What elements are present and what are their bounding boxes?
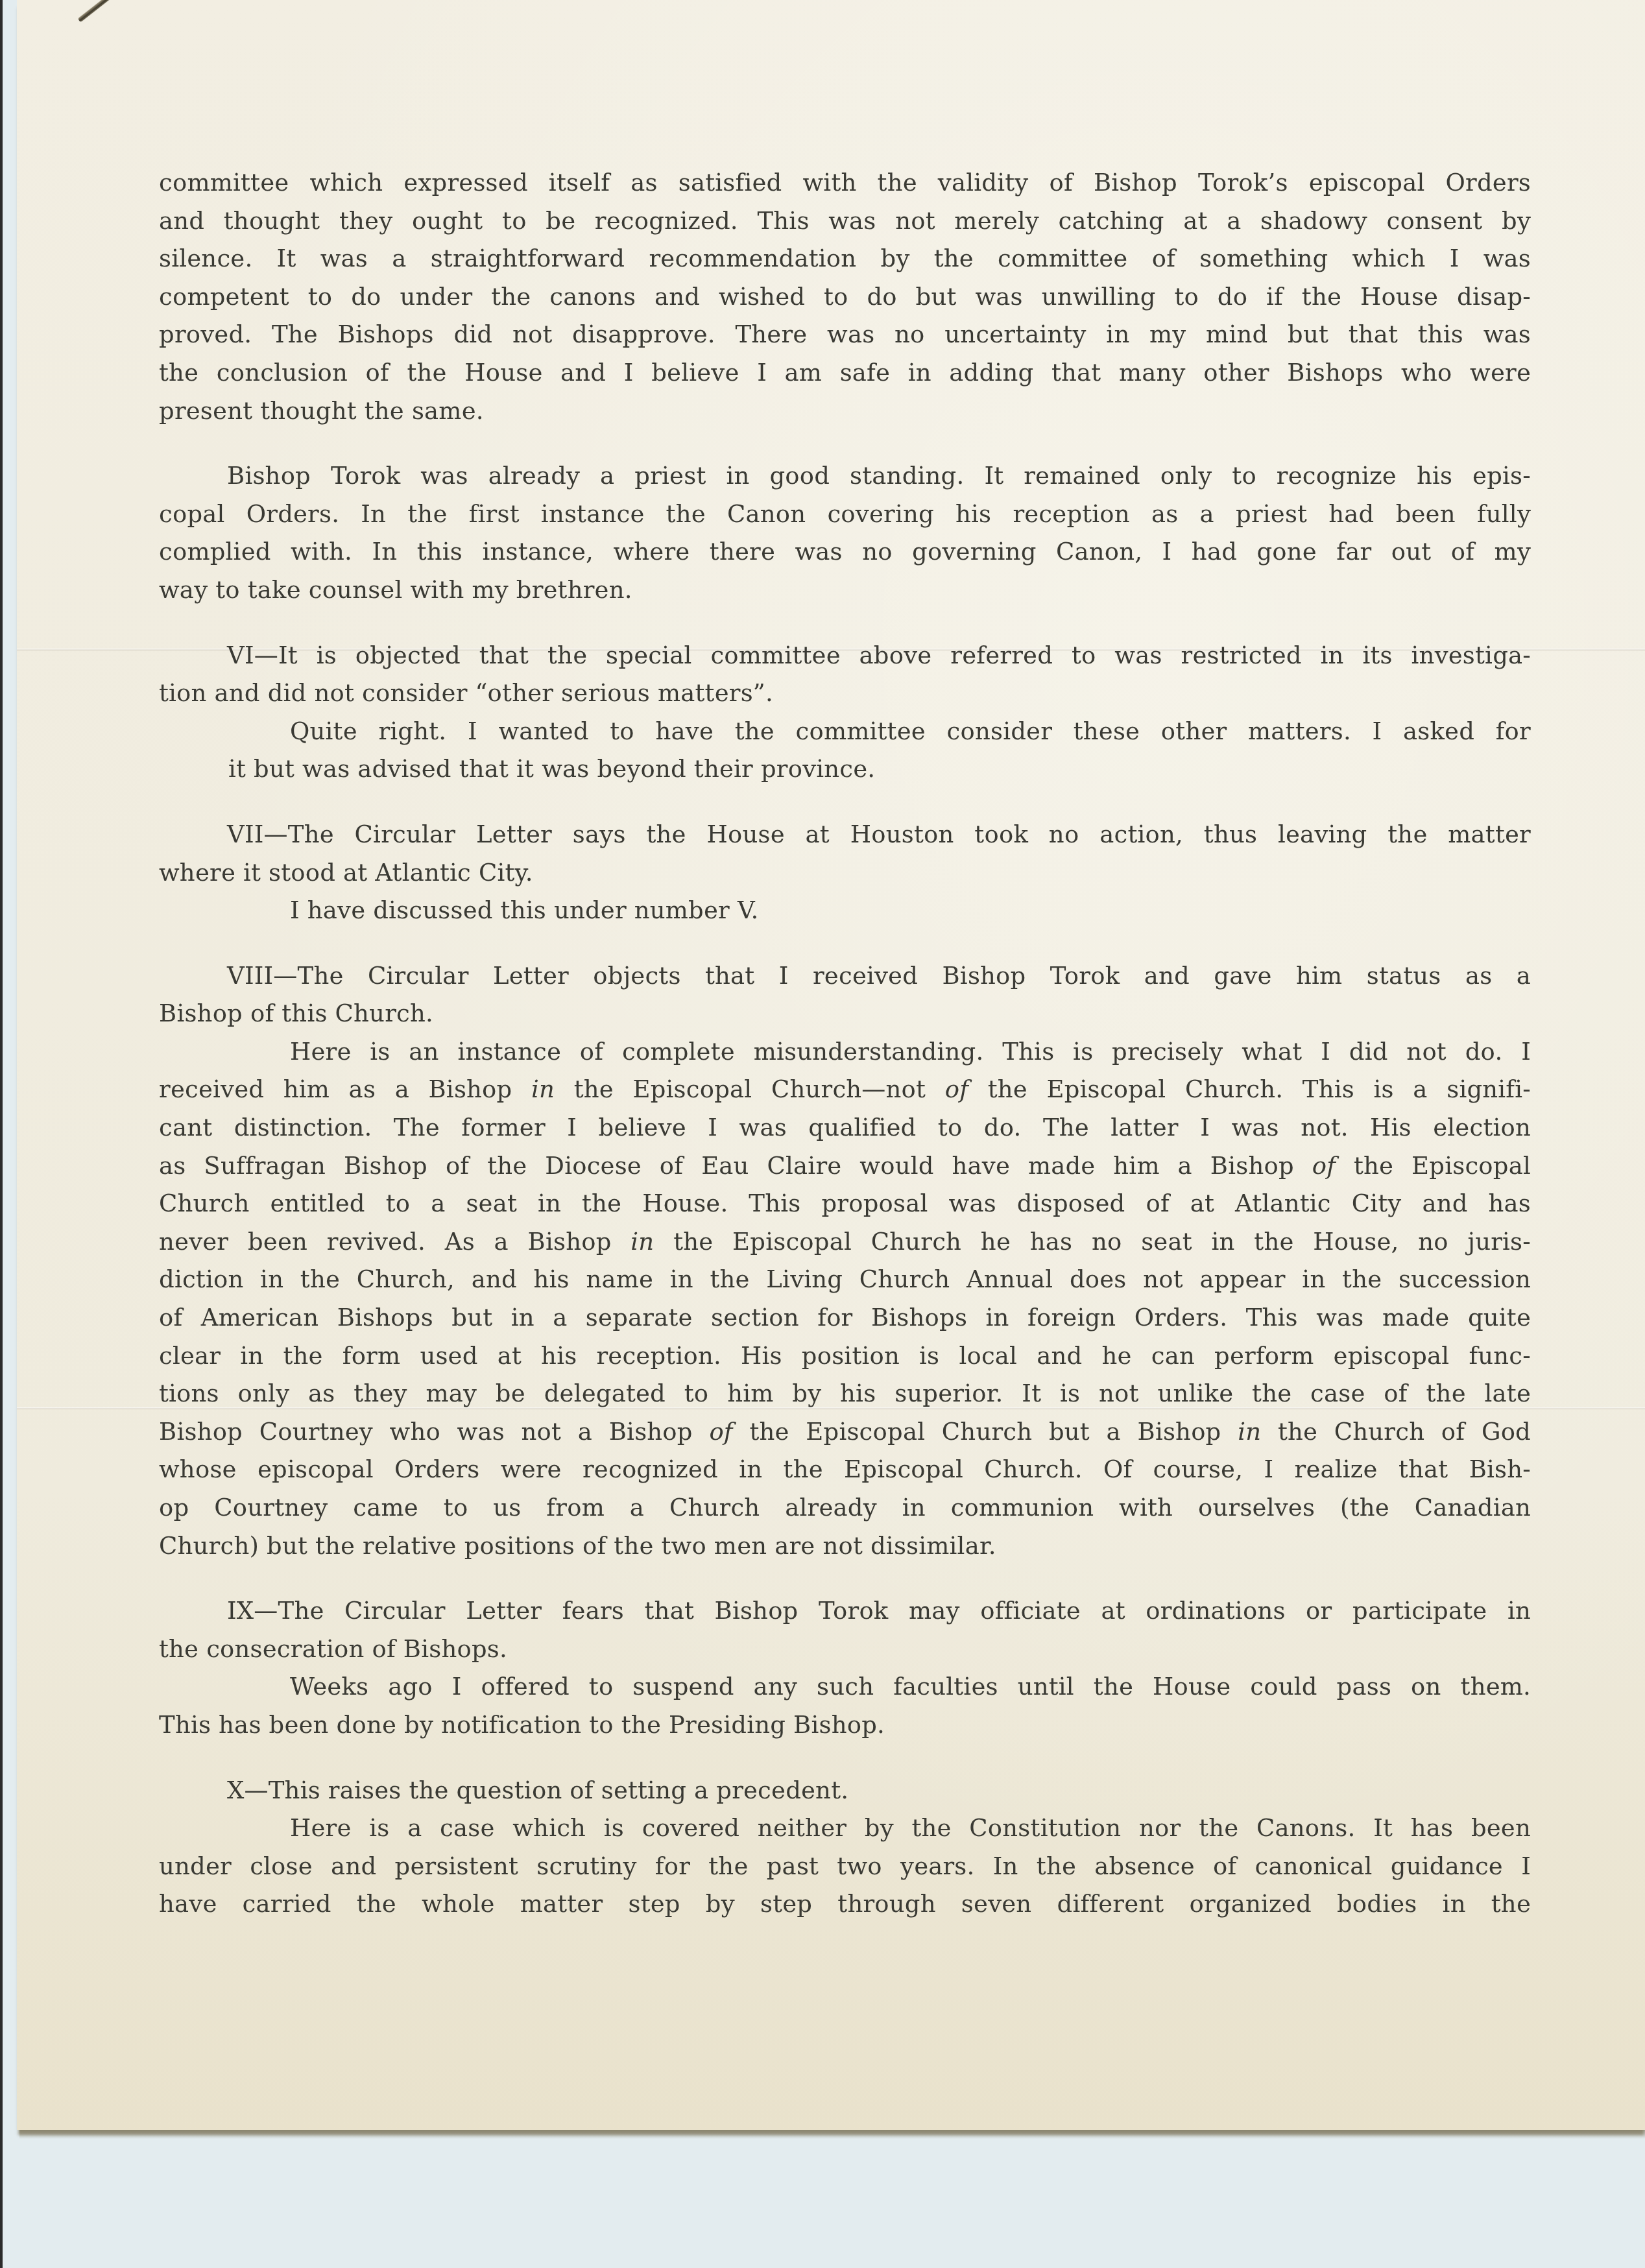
response-line: of American Bishops but in a separate se… bbox=[159, 1299, 1531, 1337]
document-body: committee which expressed itself as sati… bbox=[159, 164, 1531, 1924]
objection-line: X—This raises the question of setting a … bbox=[159, 1772, 1531, 1810]
objection-line: VIII—The Circular Letter objects that I … bbox=[159, 957, 1531, 996]
text-line: complied with. In this instance, where t… bbox=[159, 533, 1531, 571]
response-line: This has been done by notification to th… bbox=[159, 1706, 1531, 1745]
response-line: I have discussed this under number V. bbox=[159, 892, 1531, 930]
response-line: it but was advised that it was beyond th… bbox=[159, 750, 1531, 789]
italic-emphasis: in bbox=[1238, 1418, 1261, 1446]
text-line: competent to do under the canons and wis… bbox=[159, 278, 1531, 316]
response-line: Quite right. I wanted to have the commit… bbox=[159, 713, 1531, 751]
italic-emphasis: of bbox=[945, 1075, 968, 1103]
text-line: committee which expressed itself as sati… bbox=[159, 164, 1531, 202]
objection-line: VII—The Circular Letter says the House a… bbox=[159, 816, 1531, 854]
objection-line: the consecration of Bishops. bbox=[159, 1630, 1531, 1669]
objection-line: IX—The Circular Letter fears that Bishop… bbox=[159, 1592, 1531, 1630]
response-line: Church entitled to a seat in the House. … bbox=[159, 1185, 1531, 1223]
response-line: received him as a Bishop in the Episcopa… bbox=[159, 1071, 1531, 1109]
objection-line: where it stood at Atlantic City. bbox=[159, 854, 1531, 892]
page-bottom-shadow bbox=[19, 2130, 1645, 2139]
paragraph-priest-standing: Bishop Torok was already a priest in goo… bbox=[159, 457, 1531, 609]
response-line: whose episcopal Orders were recognized i… bbox=[159, 1451, 1531, 1489]
section-ix: IX—The Circular Letter fears that Bishop… bbox=[159, 1592, 1531, 1744]
response-line: cant distinction. The former I believe I… bbox=[159, 1109, 1531, 1147]
italic-emphasis: in bbox=[531, 1075, 555, 1103]
response-line: tions only as they may be delegated to h… bbox=[159, 1375, 1531, 1413]
response-line: Church) but the relative positions of th… bbox=[159, 1527, 1531, 1566]
paragraph-continuation: committee which expressed itself as sati… bbox=[159, 164, 1531, 430]
response-line: clear in the form used at his reception.… bbox=[159, 1337, 1531, 1376]
text-line: present thought the same. bbox=[159, 392, 1531, 431]
response-line: Here is a case which is covered neither … bbox=[159, 1809, 1531, 1848]
response-line: never been revived. As a Bishop in the E… bbox=[159, 1223, 1531, 1261]
response-line: Weeks ago I offered to suspend any such … bbox=[159, 1668, 1531, 1706]
text-line: way to take counsel with my brethren. bbox=[159, 571, 1531, 610]
text-line: Bishop Torok was already a priest in goo… bbox=[159, 457, 1531, 495]
section-x: X—This raises the question of setting a … bbox=[159, 1772, 1531, 1924]
italic-emphasis: of bbox=[709, 1418, 732, 1446]
response-line: diction in the Church, and his name in t… bbox=[159, 1261, 1531, 1299]
response-line: as Suffragan Bishop of the Diocese of Ea… bbox=[159, 1147, 1531, 1186]
response-line: under close and persistent scrutiny for … bbox=[159, 1848, 1531, 1886]
scanner-edge bbox=[0, 0, 3, 2268]
objection-line: tion and did not consider “other serious… bbox=[159, 674, 1531, 713]
objection-line: VI—It is objected that the special commi… bbox=[159, 637, 1531, 675]
response-line: have carried the whole matter step by st… bbox=[159, 1885, 1531, 1924]
text-line: silence. It was a straightforward recomm… bbox=[159, 240, 1531, 278]
text-line: the conclusion of the House and I believ… bbox=[159, 354, 1531, 392]
objection-line: Bishop of this Church. bbox=[159, 995, 1531, 1033]
italic-emphasis: in bbox=[630, 1228, 654, 1256]
italic-emphasis: of bbox=[1312, 1152, 1336, 1180]
text-line: proved. The Bishops did not disapprove. … bbox=[159, 316, 1531, 354]
text-line: copal Orders. In the first instance the … bbox=[159, 495, 1531, 534]
response-line: op Courtney came to us from a Church alr… bbox=[159, 1489, 1531, 1527]
section-viii: VIII—The Circular Letter objects that I … bbox=[159, 957, 1531, 1566]
text-line: and thought they ought to be recognized.… bbox=[159, 202, 1531, 241]
response-line: Bishop Courtney who was not a Bishop of … bbox=[159, 1413, 1531, 1451]
section-vi: VI—It is objected that the special commi… bbox=[159, 637, 1531, 789]
response-line: Here is an instance of complete misunder… bbox=[159, 1033, 1531, 1071]
section-vii: VII—The Circular Letter says the House a… bbox=[159, 816, 1531, 930]
